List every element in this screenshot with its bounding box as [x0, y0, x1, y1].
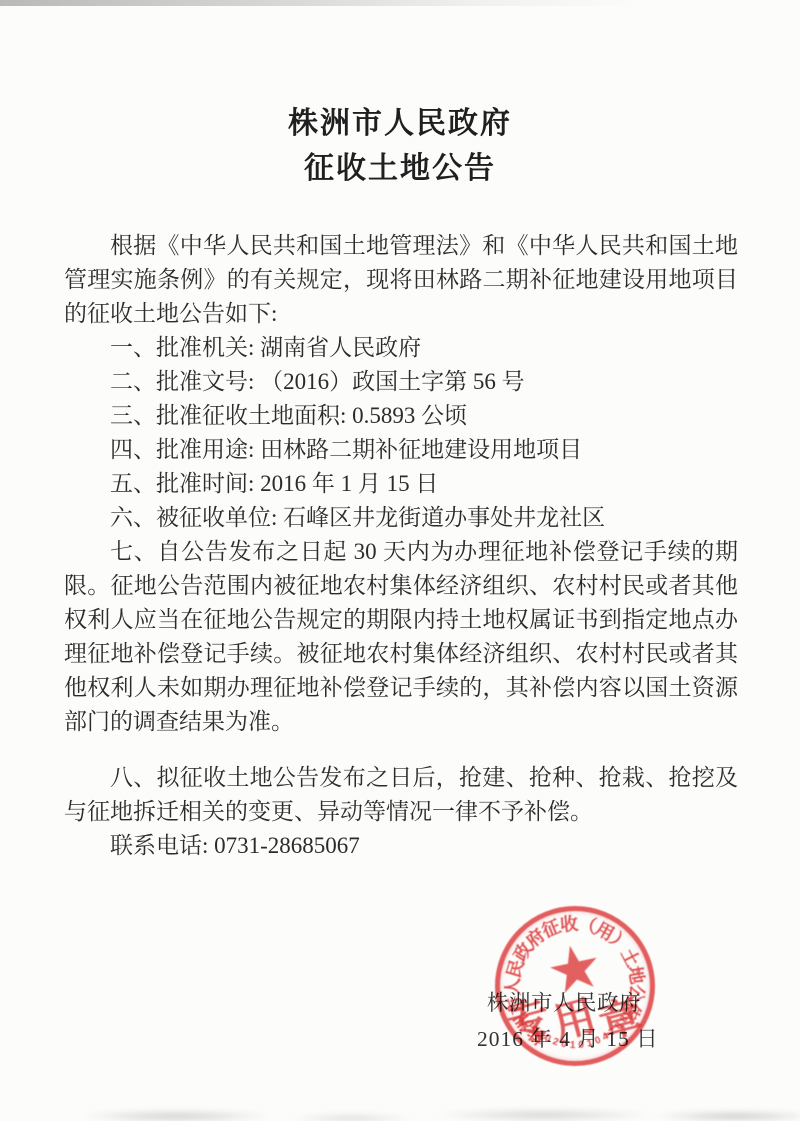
seal-serial-digit: 0 — [543, 1034, 553, 1045]
seal-serial-digit: 2 — [551, 1037, 560, 1048]
contact-phone-line: 联系电话: 0731-28685067 — [64, 829, 738, 863]
seal-serial-digit: 1 — [570, 1041, 576, 1051]
item-8-no-compensation-clause: 八、拟征收土地公告发布之日后，抢建、抢种、抢栽、抢挖及与征地拆迁相关的变更、异动… — [64, 761, 738, 829]
seal-serial-digit: 1 — [586, 1039, 594, 1050]
item-3-land-area: 三、批准征收土地面积: 0.5893 公顷 — [64, 399, 738, 433]
item-4-approved-use: 四、批准用途: 田林路二期补征地建设用地项目 — [64, 433, 738, 467]
scanned-document-page: 株洲市人民政府 征收土地公告 根据《中华人民共和国土地管理法》和《中华人民共和国… — [0, 0, 800, 1121]
item-1-approving-authority: 一、批准机关: 湖南省人民政府 — [64, 331, 738, 365]
intro-paragraph: 根据《中华人民共和国土地管理法》和《中华人民共和国土地管理实施条例》的有关规定，… — [64, 229, 738, 331]
document-title: 株洲市人民政府 征收土地公告 — [0, 0, 800, 191]
item-6-expropriated-unit: 六、被征收单位: 石峰区井龙街道办事处井龙社区 — [64, 501, 738, 535]
document-body: 根据《中华人民共和国土地管理法》和《中华人民共和国土地管理实施条例》的有关规定，… — [64, 229, 738, 863]
scan-edge-top — [0, 0, 800, 6]
scan-edge-bottom — [0, 1103, 800, 1121]
title-line-government: 株洲市人民政府 — [0, 101, 800, 146]
item-5-approval-date: 五、批准时间: 2016 年 1 月 15 日 — [64, 467, 738, 501]
seal-serial-digit: 0 — [560, 1040, 567, 1051]
official-seal: 株洲市人民政府征收（用）土地公告 ★ 专用章 4302010104788 — [495, 906, 655, 1066]
seal-serial-number: 4302010104788 — [487, 898, 663, 1074]
item-7-registration-period: 七、自公告发布之日起 30 天内为办理征地补偿登记手续的期限。征地公告范围内被征… — [64, 535, 738, 739]
item-2-approval-number: 二、批准文号: （2016）政国土字第 56 号 — [64, 365, 738, 399]
seal-serial-digit: 0 — [578, 1040, 585, 1051]
title-line-announcement: 征收土地公告 — [0, 146, 800, 191]
seal-serial-digit: 0 — [594, 1036, 603, 1047]
